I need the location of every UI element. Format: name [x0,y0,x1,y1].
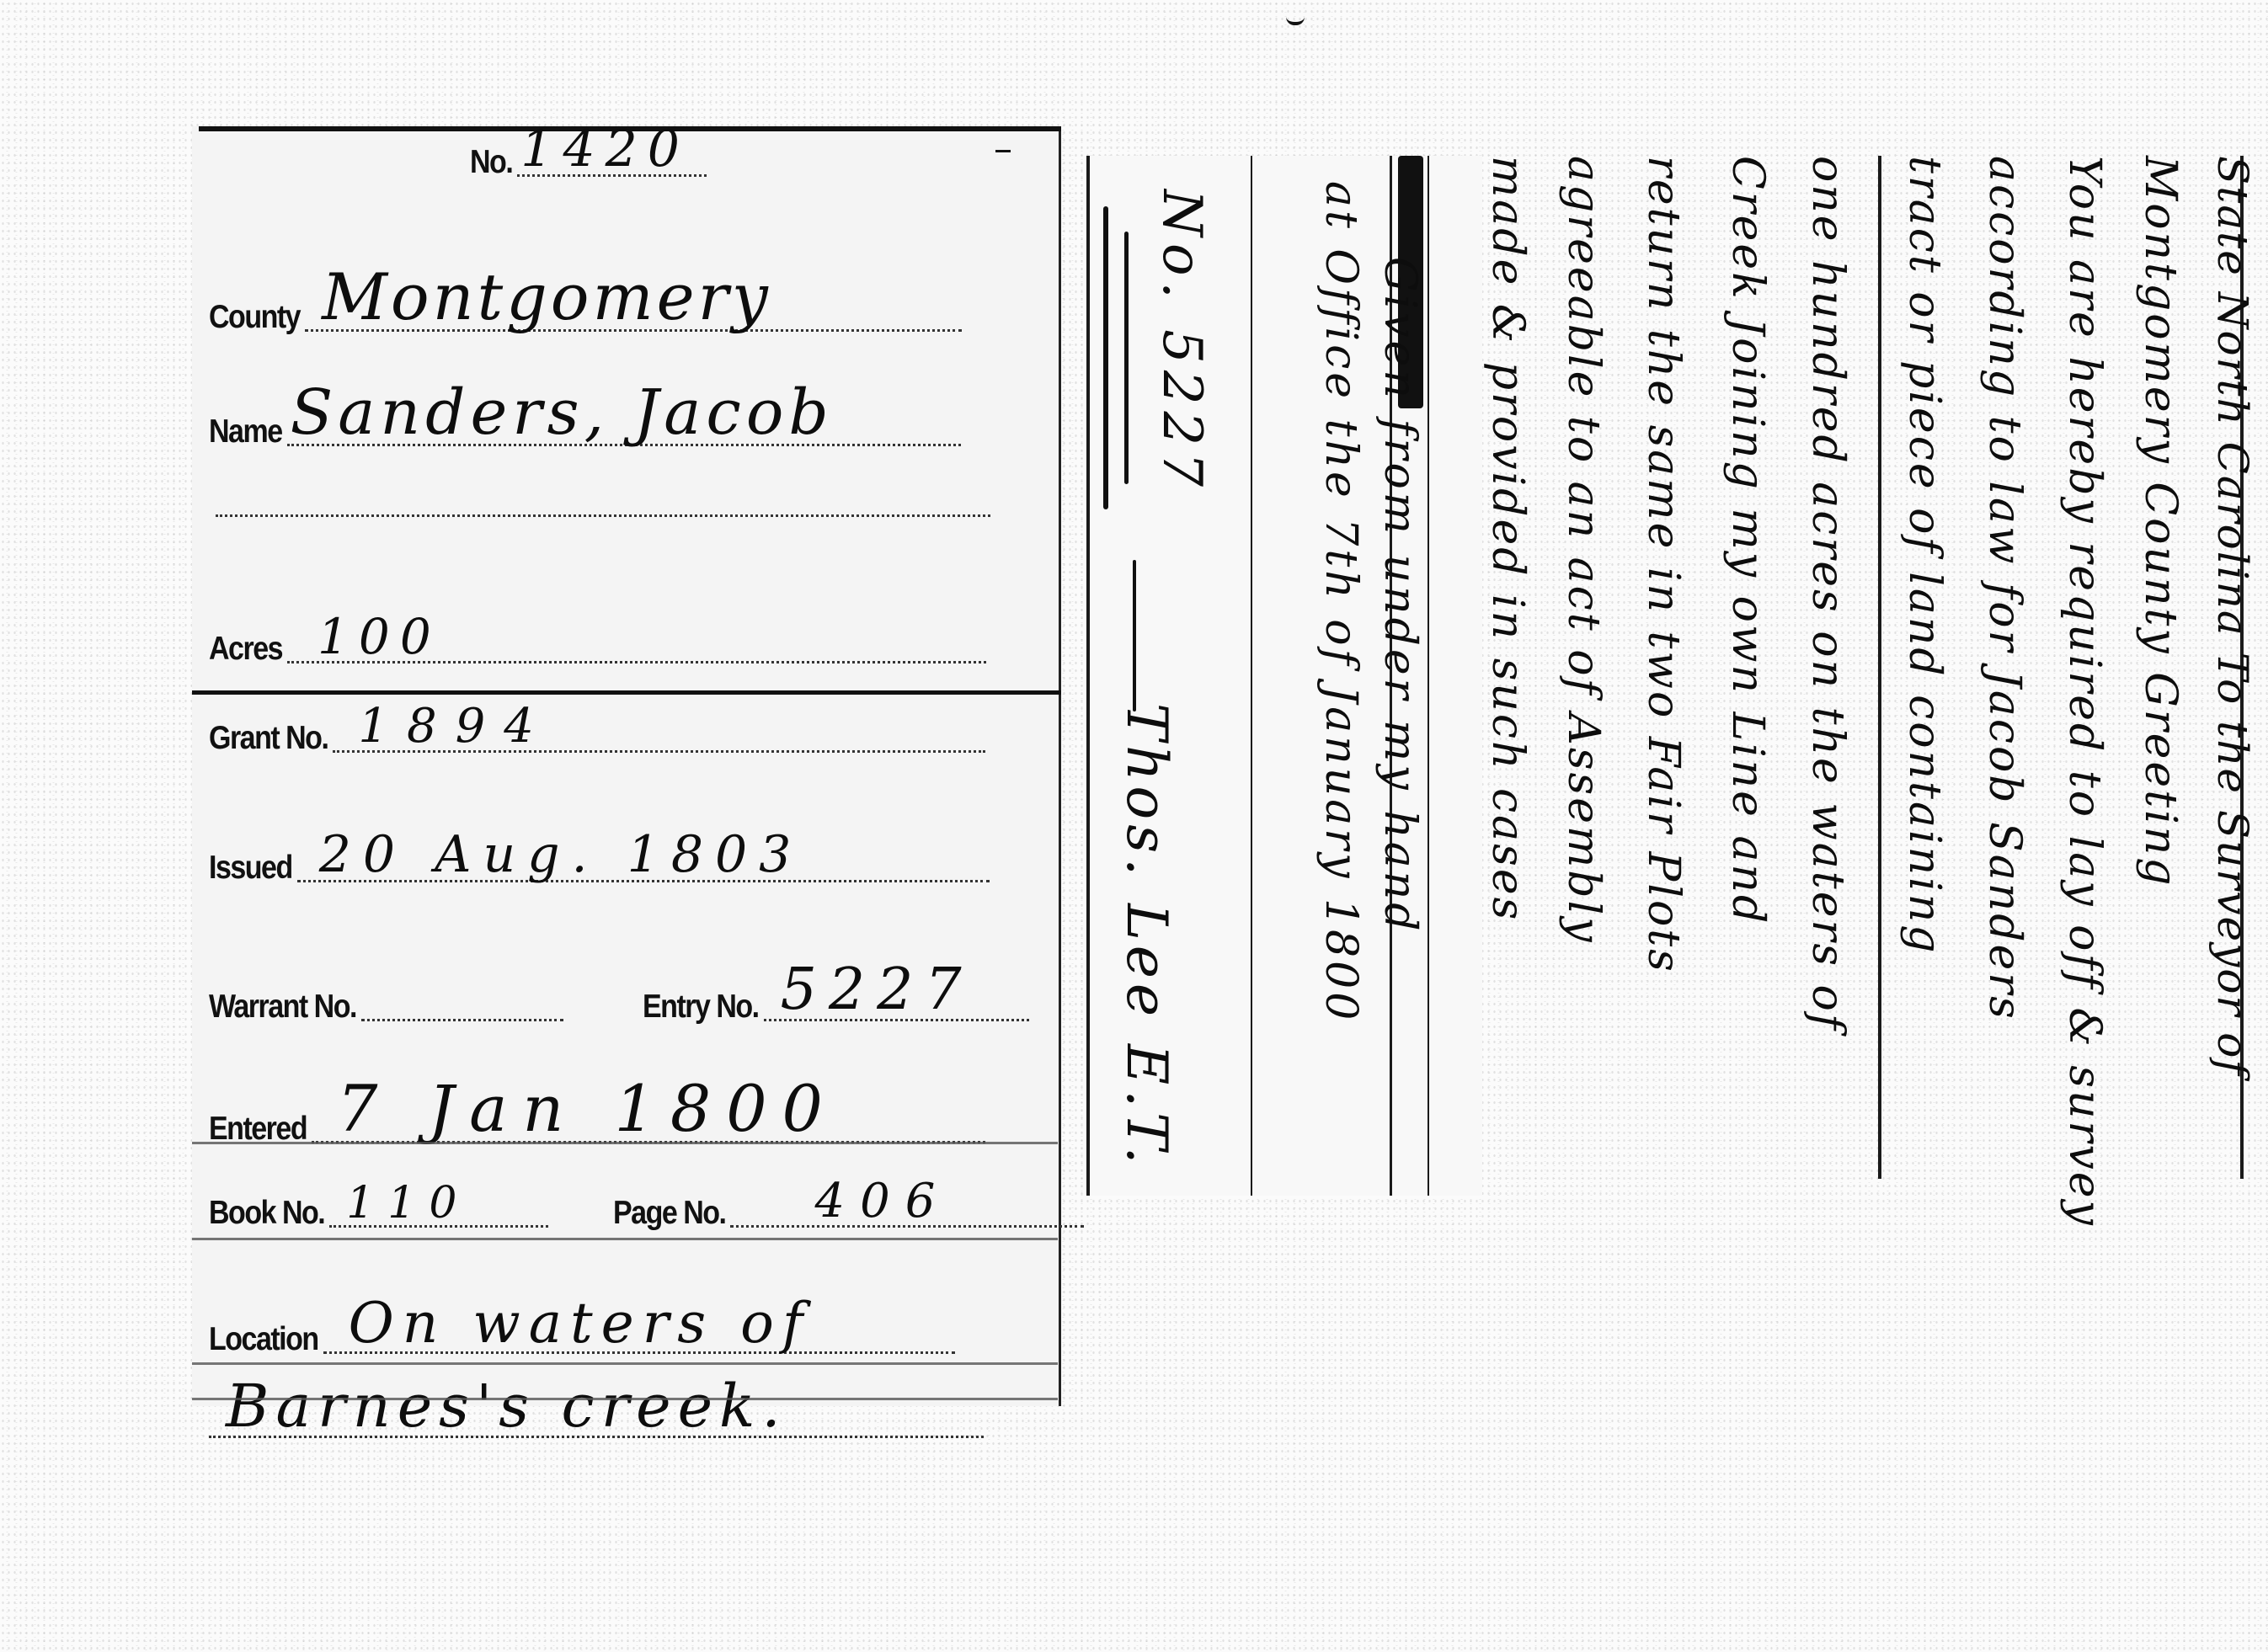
book-number-value: 110 [346,1181,470,1225]
entry-number-value: 5227 [781,962,974,1019]
ruled-line [192,1142,1058,1144]
warrant-line: agreeable to an act of Assembly [1558,156,1609,945]
location-value-line1: On waters of [349,1296,812,1351]
acres-value: 100 [318,612,441,661]
ruled-line [192,1362,1058,1365]
card-section-divider [192,690,1061,695]
issued-label: Issued [209,851,292,884]
location-field: Location On waters of [209,1297,955,1356]
name-field: Name Sanders, Jacob [209,397,961,448]
warrant-line: You are hereby required to lay off & sur… [2059,156,2110,1228]
location-label: Location [209,1323,318,1356]
warrant-body: made & provided in such cases agreeable … [1482,147,2257,1191]
warrant-line: one hundred acres on the waters of [1802,156,1853,1032]
card-dash-mark [995,150,1011,152]
acres-label: Acres [209,632,282,665]
warrant-line: according to law for Jacob Sanders [1979,156,2030,1021]
warrant-line: tract or piece of land containing [1899,156,1950,955]
issued-value: 20 Aug. 1803 [319,829,803,880]
card-number-value: 1420 [520,124,690,174]
entry-number-field: Entry No. 5227 [643,956,1029,1023]
county-label: County [209,301,300,333]
blank-line [216,510,990,519]
warrant-line: return the same in two Fair Plots [1638,156,1689,974]
location-value-line2: Barnes's creek. [226,1377,787,1436]
ruled-line [192,1238,1058,1240]
acres-field: Acres 100 [209,615,986,665]
endorsement-number: No. 5227 [1150,189,1213,493]
warrant-line: at Office the 7th of January 1800 [1315,181,1366,1023]
name-label: Name [209,415,282,448]
ruled-line [192,1398,1058,1400]
book-number-field: Book No. 110 [209,1179,548,1229]
grant-number-value: 1894 [358,703,552,750]
issued-field: Issued 20 Aug. 1803 [209,825,990,884]
warrant-line: Creek Joining my own Line and [1722,156,1773,925]
warrant-endorsement-panel: No. 5227 Thos. Lee E.T. at Office the 7t… [1086,156,1482,1196]
entered-label: Entered [209,1112,307,1145]
grant-number-label: Grant No. [209,722,328,754]
warrant-rule [1878,156,1881,1179]
warrant-line: made & provided in such cases [1482,156,1533,922]
county-value: Montgomery [322,265,771,329]
warrant-heading: State North Carolina To the Surveyor of [2208,156,2257,1077]
book-number-label: Book No. [209,1196,324,1229]
warrant-number-field: Warrant No. [209,956,563,1023]
warrant-number-label: Warrant No. [209,990,356,1023]
card-number-label: No. [470,146,512,179]
page-number-value: 406 [814,1178,950,1225]
grant-number-field: Grant No. 1894 [209,704,985,754]
warrant-line: Given from under my hand [1374,257,1425,935]
location-line2: Barnes's creek. [209,1389,984,1440]
county-field: County Montgomery [209,283,962,333]
entered-value: 7 Jan 1800 [337,1077,838,1141]
page-number-label: Page No. [613,1196,725,1229]
name-value: Sanders, Jacob [291,381,834,444]
card-number-field: No. 1420 [470,138,707,179]
page-number-field: Page No. 406 [613,1179,1084,1229]
entered-field: Entered 7 Jan 1800 [209,1069,985,1145]
entry-number-label: Entry No. [643,990,759,1023]
warrant-line: Montgomery County Greeting [2135,156,2185,888]
endorsement-signature: Thos. Lee E.T. [1114,703,1179,1169]
scan-mark [1286,17,1305,25]
land-grant-index-card: No. 1420 County Montgomery Name Sanders,… [192,126,1061,1406]
